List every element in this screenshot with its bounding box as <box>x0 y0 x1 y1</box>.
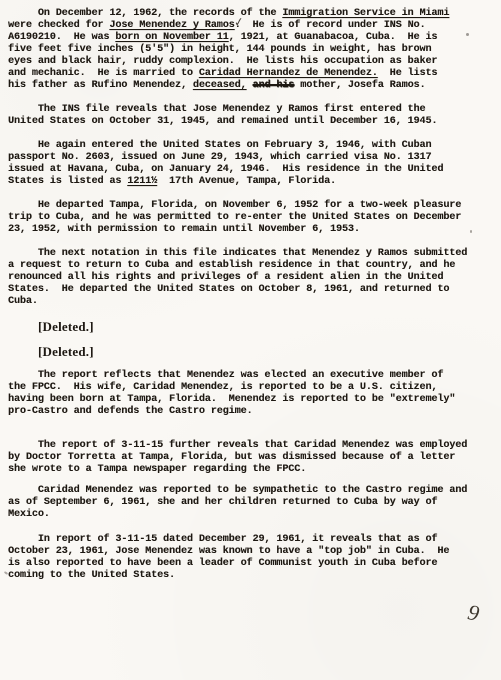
text-line: Caridad Menendez was reported to be symp… <box>8 485 497 497</box>
text-line: is also reported to have been a leader o… <box>8 558 497 570</box>
text-line: coming to the United States. <box>8 570 497 582</box>
text-line: 23, 1952, with permission to remain unti… <box>8 224 497 236</box>
text-line: Mexico. <box>8 509 497 521</box>
text-line: a request to return to Cuba and establis… <box>8 260 497 272</box>
text-line: States is listed as 1211½ 17th Avenue, T… <box>8 176 497 188</box>
text-line: On December 12, 1962, the records of the… <box>8 8 497 20</box>
paragraph-ins-record-check: On December 12, 1962, the records of the… <box>8 8 497 92</box>
text-line: pro-Castro and defends the Castro regime… <box>8 406 497 418</box>
text-line: having been born at Tampa, Florida. Mene… <box>8 394 497 406</box>
scan-speck <box>466 33 469 36</box>
text-line: Cuba. <box>8 296 497 308</box>
text-line: The report of 3-11-15 further reveals th… <box>8 440 497 452</box>
text-line: by Doctor Torretta at Tampa, Florida, bu… <box>8 452 497 464</box>
text-line: [Deleted.] <box>38 345 497 359</box>
text-line: In report of 3-11-15 dated December 29, … <box>8 534 497 546</box>
text-line: A6190210. He was born on November 11, 19… <box>8 32 497 44</box>
text-line: renounced all his rights and privileges … <box>8 272 497 284</box>
text-line: eyes and black hair, ruddy complexion. H… <box>8 56 497 68</box>
text-line: [Deleted.] <box>38 320 497 334</box>
text-line: The next notation in this file indicates… <box>8 248 497 260</box>
text-line: October 23, 1961, Jose Menendez was know… <box>8 546 497 558</box>
text-line: The INS file reveals that Jose Menendez … <box>8 104 497 116</box>
text-line: States. He departed the United States on… <box>8 284 497 296</box>
handwritten-page-number: 9 <box>465 599 481 627</box>
text-line: trip to Cuba, and he was permitted to re… <box>8 212 497 224</box>
text-line: as of September 6, 1961, she and her chi… <box>8 497 497 509</box>
text-line: five feet five inches (5'5") in height, … <box>8 44 497 56</box>
deleted-placeholder-1: [Deleted.] <box>38 320 497 334</box>
text-line: the FPCC. His wife, Caridad Menendez, is… <box>8 382 497 394</box>
document-body: On December 12, 1962, the records of the… <box>8 8 497 582</box>
scanned-document-page: On December 12, 1962, the records of the… <box>0 0 501 680</box>
paragraph-caridad-sympathies: Caridad Menendez was reported to be symp… <box>8 485 497 521</box>
text-line: He again entered the United States on Fe… <box>8 140 497 152</box>
text-line: she wrote to a Tampa newspaper regarding… <box>8 464 497 476</box>
handwritten-checkmark-annotation: ✓ <box>233 14 245 30</box>
text-line: United States on October 31, 1945, and r… <box>8 116 497 128</box>
text-line: his father as Rufino Menendez, deceased,… <box>8 80 497 92</box>
paragraph-top-job-report: In report of 3-11-15 dated December 29, … <box>8 534 497 582</box>
scan-speck <box>470 230 472 233</box>
paragraph-return-to-cuba: The next notation in this file indicates… <box>8 248 497 308</box>
text-line: were checked for Jose Menendez y Ramos. … <box>8 20 497 32</box>
text-line: and mechanic. He is married to Caridad H… <box>8 68 497 80</box>
deleted-placeholder-2: [Deleted.] <box>38 345 497 359</box>
paragraph-second-entry: He again entered the United States on Fe… <box>8 140 497 188</box>
text-line: issued at Havana, Cuba, on January 24, 1… <box>8 164 497 176</box>
paragraph-caridad-employment: The report of 3-11-15 further reveals th… <box>8 440 497 476</box>
paragraph-fpcc-membership: The report reflects that Menendez was el… <box>8 370 497 418</box>
text-line: The report reflects that Menendez was el… <box>8 370 497 382</box>
paragraph-1952-trip: He departed Tampa, Florida, on November … <box>8 200 497 236</box>
text-line: He departed Tampa, Florida, on November … <box>8 200 497 212</box>
text-line: passport No. 2603, issued on June 29, 19… <box>8 152 497 164</box>
paragraph-first-entry: The INS file reveals that Jose Menendez … <box>8 104 497 128</box>
